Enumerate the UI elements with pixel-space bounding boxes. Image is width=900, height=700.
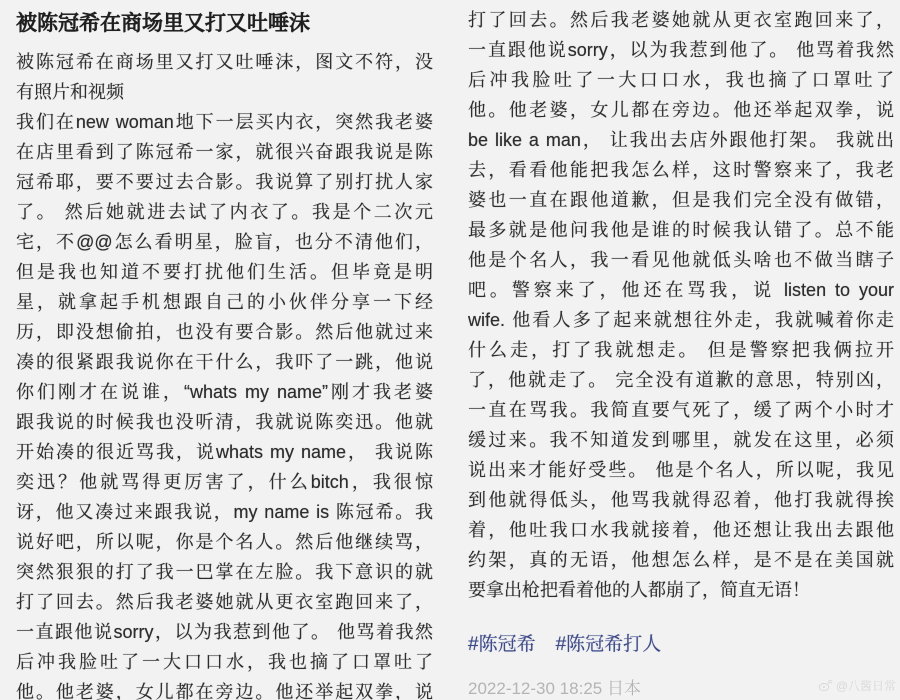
body-line: 了。 然后她就进去试了内衣了。我是个二次元 <box>16 197 433 227</box>
body-line: 一直在骂我。我简直要气死了，缓了两个小时才 <box>468 395 894 425</box>
body-line: 他。他老婆，女儿都在旁边。他还举起双拳，说 <box>468 95 894 125</box>
body-line: 说出来才能好受些。 他是个名人，所以呢，我见 <box>468 455 894 485</box>
body-line: 着，他吐我口水我就接着，他还想让我出去跟他 <box>468 515 894 545</box>
watermark-text: @八酱日常 <box>836 677 896 694</box>
body-line: 奕迅？他就骂得更厉害了，什么bitch，我很惊 <box>16 467 433 497</box>
post-column-left: 被陈冠希在商场里又打又吐唾沫 被陈冠希在商场里又打又吐唾沫，图文不符，没 有照片… <box>16 0 433 700</box>
body-line: 说好吧，所以呢，你是个名人。然后他继续骂， <box>16 527 433 557</box>
body-line: 后冲我脸吐了一大口口水，我也摘了口罩吐了 <box>16 647 433 677</box>
body-line: 去，看看他能把我怎么样，这时警察来了，我老 <box>468 155 894 185</box>
post-body-right: 打了回去。然后我老婆她就从更衣室跑回来了， 一直跟他说sorry，以为我惹到他了… <box>468 0 894 605</box>
body-line: 约架，真的无语，他想怎么样，是不是在美国就 <box>468 545 894 575</box>
body-line: 突然狠狠的打了我一巴掌在左脸。我下意识的就 <box>16 557 433 587</box>
body-line: 讶，他又凑过来跟我说，my name is 陈冠希。我 <box>16 497 433 527</box>
post-column-right: 打了回去。然后我老婆她就从更衣室跑回来了， 一直跟他说sorry，以为我惹到他了… <box>468 0 894 700</box>
body-line: 一直跟他说sorry，以为我惹到他了。 他骂着我然 <box>16 617 433 647</box>
weibo-icon <box>818 679 833 692</box>
body-line: 要拿出枪把看着他的人都崩了，简直无语！ <box>468 575 894 605</box>
body-line: 凑的很紧跟我说你在干什么，我吓了一跳，他说 <box>16 347 433 377</box>
body-line: 有照片和视频 <box>16 77 433 107</box>
body-line: 一直跟他说sorry，以为我惹到他了。 他骂着我然 <box>468 35 894 65</box>
weibo-post-screenshot: 被陈冠希在商场里又打又吐唾沫 被陈冠希在商场里又打又吐唾沫，图文不符，没 有照片… <box>0 0 900 700</box>
watermark: @八酱日常 <box>818 677 896 694</box>
body-line: 他。他老婆，女儿都在旁边。他还举起双拳，说 <box>16 677 433 700</box>
body-line: wife. 他看人多了起来就想往外走，我就喊着你走 <box>468 305 894 335</box>
body-line: 他是个名人，我一看见他就低头啥也不做当瞎子 <box>468 245 894 275</box>
body-line: 打了回去。然后我老婆她就从更衣室跑回来了， <box>16 587 433 617</box>
body-line: 了，他就走了。 完全没有道歉的意思，特别凶， <box>468 365 894 395</box>
post-body-left: 被陈冠希在商场里又打又吐唾沫，图文不符，没 有照片和视频 我们在new woma… <box>16 47 433 700</box>
body-line: 跟我说的时候我也没听清，我就说陈奕迅。他就 <box>16 407 433 437</box>
body-line: 后冲我脸吐了一大口口水，我也摘了口罩吐了 <box>468 65 894 95</box>
body-line: 但是我也知道不要打扰他们生活。但毕竟是明 <box>16 257 433 287</box>
page-title: 被陈冠希在商场里又打又吐唾沫 <box>16 9 433 39</box>
body-line: 打了回去。然后我老婆她就从更衣室跑回来了， <box>468 5 894 35</box>
hashtag-link[interactable]: #陈冠希打人 <box>556 630 662 660</box>
hashtag-row: #陈冠希 #陈冠希打人 <box>468 630 894 660</box>
body-line: 我们在new woman地下一层买内衣，突然我老婆 <box>16 107 433 137</box>
body-line: 吧。警察来了，他还在骂我，说 listen to your <box>468 275 894 305</box>
body-line: be like a man， 让我出去店外跟他打架。 我就出 <box>468 125 894 155</box>
body-line: 星，就拿起手机想跟自己的小伙伴分享一下经 <box>16 287 433 317</box>
body-line: 冠希耶，要不要过去合影。我说算了别打扰人家 <box>16 167 433 197</box>
body-line: 在店里看到了陈冠希一家，就很兴奋跟我说是陈 <box>16 137 433 167</box>
body-line: 宅，不@@怎么看明星，脸盲，也分不清他们， <box>16 227 433 257</box>
body-line: 什么走，打了我就想走。 但是警察把我俩拉开 <box>468 335 894 365</box>
body-line: 到他就得低头，他骂我就得忍着，他打我就得挨 <box>468 485 894 515</box>
body-line: 开始凑的很近骂我，说whats my name， 我说陈 <box>16 437 433 467</box>
body-line: 缓过来。我不知道发到哪里，就发在这里，必须 <box>468 425 894 455</box>
body-line: 被陈冠希在商场里又打又吐唾沫，图文不符，没 <box>16 47 433 77</box>
body-line: 婆也一直在跟他道歉，但是我们完全没有做错， <box>468 185 894 215</box>
body-line: 最多就是他问我他是谁的时候我认错了。总不能 <box>468 215 894 245</box>
body-line: 你们刚才在说谁，“whats my name”刚才我老婆 <box>16 377 433 407</box>
hashtag-link[interactable]: #陈冠希 <box>468 630 536 660</box>
body-line: 历，即没想偷拍，也没有要合影。然后他就过来 <box>16 317 433 347</box>
